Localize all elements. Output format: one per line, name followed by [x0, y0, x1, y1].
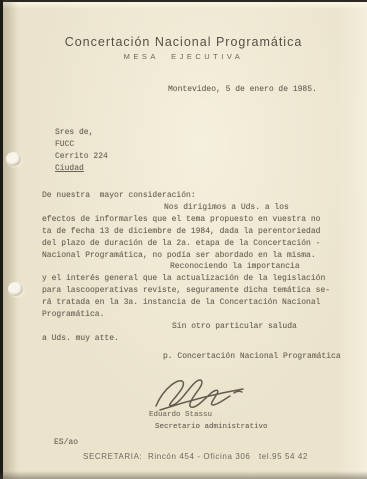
- recipient-salutation: Sres de,: [55, 127, 108, 139]
- punch-hole-top: [6, 152, 21, 166]
- letter-body: De nuestra mayor consideración: Nos diri…: [42, 190, 342, 345]
- body-line: a Uds. muy atte.: [42, 333, 342, 345]
- body-line: para lascooperativas reviste, segurament…: [42, 285, 342, 297]
- scanned-letter-page: Concertación Nacional Programática MESA …: [0, 0, 367, 479]
- signer-name: Eduardo Stassu: [149, 411, 212, 419]
- reference-initials: ES/ao: [54, 438, 78, 447]
- body-line: Sin otro particular saluda: [172, 321, 342, 333]
- body-line: Nacional Programática, no podía ser abor…: [42, 250, 342, 262]
- punch-hole-bottom: [8, 282, 23, 296]
- recipient-org: FUCC: [55, 139, 108, 151]
- body-line: De nuestra mayor consideración:: [42, 190, 342, 202]
- body-line: y el interés general que la actualizació…: [42, 273, 342, 285]
- paper-top-highlight: [0, 2, 367, 9]
- letterhead-subtitle: MESA EJECUTIVA: [0, 52, 367, 61]
- letterhead-footer: SECRETARIA: Rincón 454 - Oficina 306 tel…: [0, 452, 367, 461]
- body-line: rá tratada en la 3a. instancia de la Con…: [42, 297, 342, 309]
- handwritten-signature: [146, 375, 248, 415]
- recipient-address: Cerrito 224: [55, 151, 108, 163]
- body-line: Reconociendo la importancia: [170, 261, 342, 273]
- paper-bottom-shadow: [0, 471, 367, 479]
- paper-left-shadow: [3, 0, 18, 479]
- letterhead-title: Concertación Nacional Programática: [0, 35, 367, 49]
- body-line: ta de fecha 13 de diciembre de 1984, dad…: [42, 226, 342, 238]
- per-organization-line: p. Concertación Nacional Programática: [163, 352, 341, 361]
- recipient-city: Ciudad: [55, 163, 108, 175]
- body-line: Nos dirigimos a Uds. a los: [164, 202, 342, 214]
- body-line: del plazo de duración de la 2a. etapa de…: [42, 238, 342, 250]
- recipient-block: Sres de, FUCC Cerrito 224 Ciudad: [55, 127, 108, 175]
- signer-title: Secretario administrativo: [155, 423, 268, 431]
- body-line: Programática.: [42, 309, 342, 321]
- body-line: efectos de informarles que el tema propu…: [42, 214, 342, 226]
- dateline: Montevideo, 5 de enero de 1985.: [168, 85, 317, 94]
